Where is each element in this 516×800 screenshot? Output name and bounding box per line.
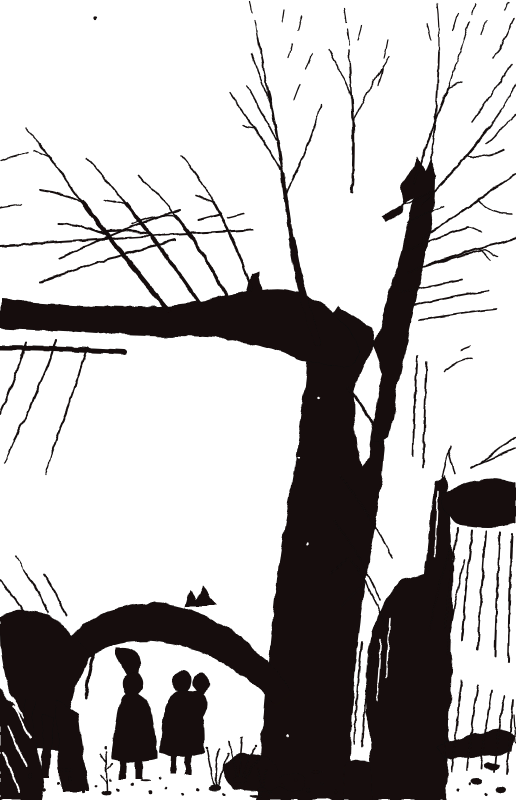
illustration-canvas: Two figures, one carrying a child, walk … xyxy=(0,0,516,800)
figure-right-leg xyxy=(170,755,177,774)
figure-right-leg xyxy=(185,755,192,775)
figure-left-leg xyxy=(119,760,127,779)
ink-illustration: Two figures, one carrying a child, walk … xyxy=(0,0,516,800)
figure-left-leg xyxy=(135,761,143,780)
page: { "artwork": { "kind": "black-and-white … xyxy=(0,0,516,800)
